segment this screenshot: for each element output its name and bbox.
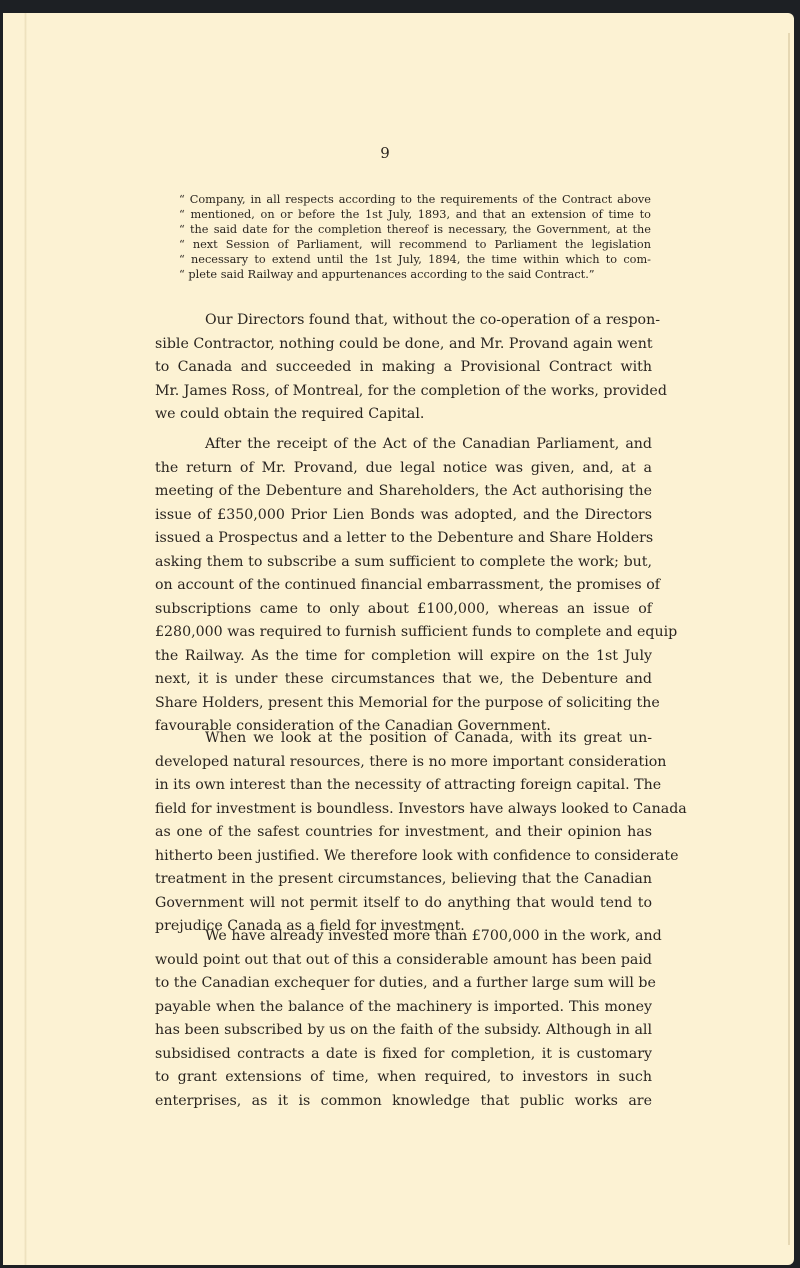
paragraph-directors: Our Directors found that, without the co… [155,309,652,427]
paragraph-act-receipt: After the receipt of the Act of the Cana… [155,433,652,739]
text-line: enterprises, as it is common knowledge t… [155,1090,652,1114]
text-line: After the receipt of the Act of the Cana… [155,433,652,457]
text-line: developed natural resources, there is no… [155,751,652,775]
text-line: Government will not permit itself to do … [155,892,652,916]
text-line: We have already invested more than £700,… [155,925,652,949]
quote-line: “ mentioned, on or before the 1st July, … [179,207,651,222]
text-line: we could obtain the required Capital. [155,403,652,427]
text-line: issue of £350,000 Prior Lien Bonds was a… [155,504,652,528]
text-line: to the Canadian exchequer for duties, an… [155,972,652,996]
text-line: sible Contractor, nothing could be done,… [155,333,652,357]
quote-line: “ the said date for the completion there… [179,222,651,237]
quote-line: “ plete said Railway and appurtenances a… [179,267,651,282]
paragraph-invested: We have already invested more than £700,… [155,925,652,1113]
text-line: to Canada and succeeded in making a Prov… [155,356,652,380]
text-line: in its own interest than the necessity o… [155,774,652,798]
document-page: 9 “ Company, in all respects according t… [3,13,794,1265]
quoted-block: “ Company, in all respects according to … [179,192,651,282]
text-line: hitherto been justified. We therefore lo… [155,845,652,869]
text-line: the Railway. As the time for completion … [155,645,652,669]
page-edge [788,33,790,1245]
page-number: 9 [365,144,405,162]
paragraph-position-of-canada: When we look at the position of Canada, … [155,727,652,939]
text-line: treatment in the present circumstances, … [155,868,652,892]
text-line: meeting of the Debenture and Shareholder… [155,480,652,504]
quote-line: “ Company, in all respects according to … [179,192,651,207]
text-line: as one of the safest countries for inves… [155,821,652,845]
quote-line: “ next Session of Parliament, will recom… [179,237,651,252]
text-line: issued a Prospectus and a letter to the … [155,527,652,551]
text-line: next, it is under these circumstances th… [155,668,652,692]
text-line: When we look at the position of Canada, … [155,727,652,751]
text-line: asking them to subscribe a sum sufficien… [155,551,652,575]
text-line: Our Directors found that, without the co… [155,309,652,333]
text-line: £280,000 was required to furnish suffici… [155,621,652,645]
text-line: field for investment is boundless. Inves… [155,798,652,822]
quote-line: “ necessary to extend until the 1st July… [179,252,651,267]
text-line: Mr. James Ross, of Montreal, for the com… [155,380,652,404]
text-line: Share Holders, present this Memorial for… [155,692,652,716]
text-line: the return of Mr. Provand, due legal not… [155,457,652,481]
scan-frame: 9 “ Company, in all respects according t… [0,0,800,1268]
text-line: on account of the continued financial em… [155,574,652,598]
text-line: payable when the balance of the machiner… [155,996,652,1020]
text-line: to grant extensions of time, when requir… [155,1066,652,1090]
page-fold-shadow [24,13,27,1265]
text-line: subsidised contracts a date is fixed for… [155,1043,652,1067]
text-line: has been subscribed by us on the faith o… [155,1019,652,1043]
text-line: would point out that out of this a consi… [155,949,652,973]
text-line: subscriptions came to only about £100,00… [155,598,652,622]
